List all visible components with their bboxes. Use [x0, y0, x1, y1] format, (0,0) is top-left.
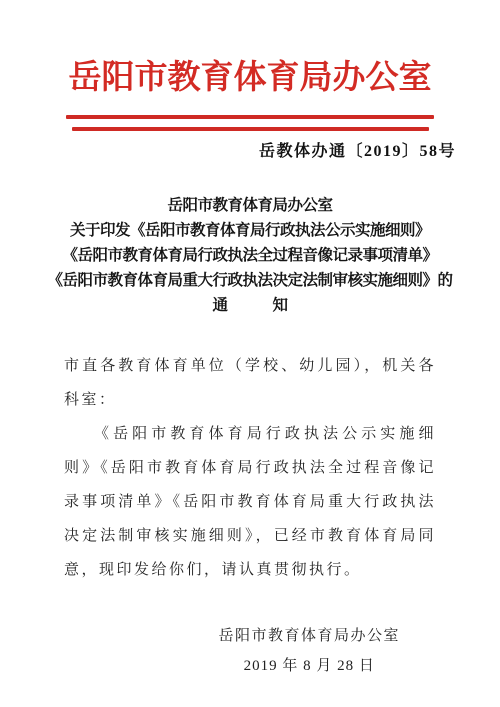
body-paragraph: 《岳阳市教育体育局行政执法公示实施细则》《岳阳市教育体育局行政执法全过程音像记录…: [64, 417, 436, 587]
letterhead-rule-bottom: [72, 127, 429, 131]
notice-title-line-4: 《岳阳市教育体育局重大行政执法决定法制审核实施细则》的: [0, 268, 500, 293]
signature-org-name: 岳阳市教育体育局办公室: [218, 625, 400, 647]
notice-title-line-3: 《岳阳市教育体育局行政执法全过程音像记录事项清单》: [0, 243, 500, 268]
salutation-line: 市直各教育体育单位（学校、幼儿园），机关各科室：: [64, 349, 436, 417]
letterhead-org-name: 岳阳市教育体育局办公室: [0, 54, 500, 100]
doc-number: 岳教体办通〔2019〕58号: [0, 142, 500, 162]
notice-title-line-2: 关于印发《岳阳市教育体育局行政执法公示实施细则》: [0, 218, 500, 243]
letterhead: 岳阳市教育体育局办公室: [0, 0, 500, 131]
signature-block: 岳阳市教育体育局办公室 2019 年 8 月 28 日: [218, 625, 400, 677]
notice-title-line-5: 通 知: [0, 293, 500, 318]
document-page: 岳阳市教育体育局办公室 岳教体办通〔2019〕58号 岳阳市教育体育局办公室 关…: [0, 0, 500, 707]
notice-title-line-1: 岳阳市教育体育局办公室: [0, 193, 500, 218]
notice-body: 市直各教育体育单位（学校、幼儿园），机关各科室： 《岳阳市教育体育局行政执法公示…: [64, 349, 436, 587]
signature-date: 2019 年 8 月 28 日: [218, 655, 400, 677]
notice-title: 岳阳市教育体育局办公室 关于印发《岳阳市教育体育局行政执法公示实施细则》 《岳阳…: [0, 193, 500, 318]
letterhead-rule-top: [66, 115, 434, 119]
